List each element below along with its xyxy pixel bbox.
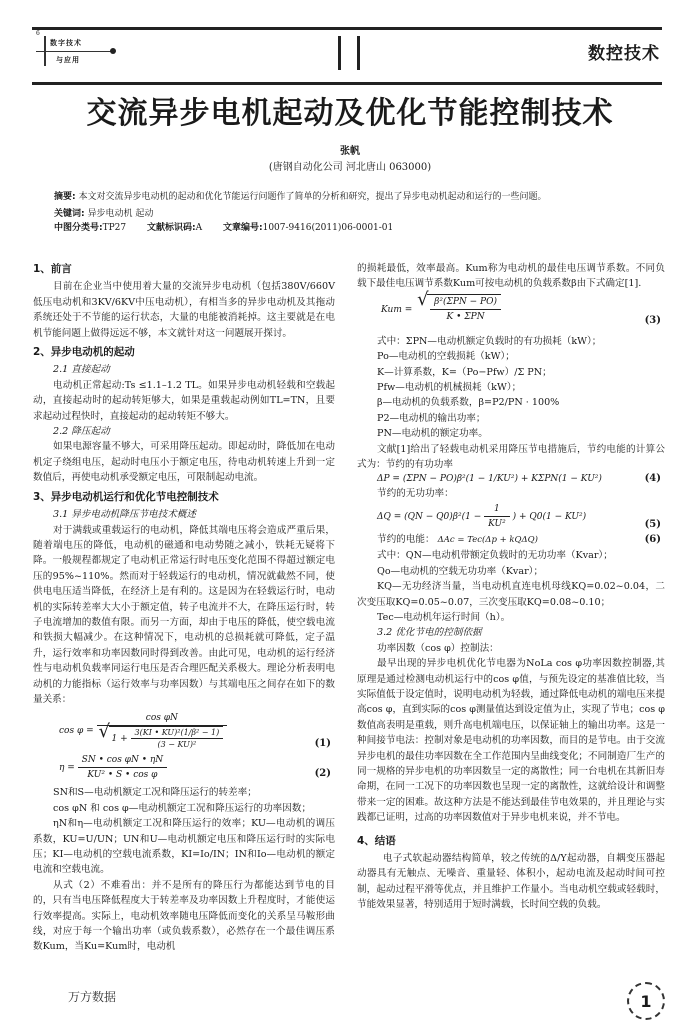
paragraph: 目前在企业当中使用着大量的交流异步电动机（包括380V/660V低压电动机和3K… (33, 279, 335, 341)
article-title: 交流异步电机起动及优化节能控制技术 (0, 88, 700, 132)
paragraph: 电动机正常起动:Ts ≤1.1–1.2 TL。如果异步电动机轻载和空载起动，直接… (33, 378, 335, 424)
definition: Tec—电动机年运行时间（h）。 (357, 610, 665, 625)
subsection-heading-3-2: 3.2 优化节电的控制依据 (357, 625, 665, 640)
definition: SN和S—电动机额定工况和降压运行的转差率； (33, 785, 335, 800)
journal-logo-line1: 数字技术 (50, 38, 82, 48)
eq1-number: (1) (315, 737, 331, 751)
subsection-heading-2-1: 2.1 直接起动 (33, 362, 335, 377)
definition: P2—电动机的输出功率； (357, 411, 665, 426)
paragraph: 从式（2）不难看出：并不是所有的降压行为都能达到节电的目的，只有当电压降低程度大… (33, 878, 335, 955)
definition: ηN和η—电动机额定工况和降压运行的效率；KU—电动机的调压系数，KU=U/UN… (33, 816, 335, 878)
journal-logo-line2: 与应用 (56, 55, 80, 65)
eq3-denominator: K • ΣPN (430, 310, 501, 324)
eq1-numerator: cos φN (97, 711, 228, 726)
author-name: 张帆 (0, 142, 700, 157)
paragraph: 对于满载或重载运行的电动机，降低其端电压将会造成严重后果，随着端电压的降低，电动… (33, 523, 335, 708)
subsection-subheading: 功率因数（cos φ）控制法： (357, 641, 665, 656)
definition: cos φN 和 cos φ—电动机额定工况和降压运行的功率因数； (33, 801, 335, 816)
article-no-value: 1007-9416(2011)06-0001-01 (263, 223, 394, 233)
author-affiliation: (唐钢自动化公司 河北唐山 063000) (0, 158, 700, 173)
clc-label: 中图分类号: (54, 223, 103, 233)
eq5-label: 节约的无功功率： (357, 486, 665, 501)
definition: Qo—电动机的空载无功功率（Kvar）； (357, 564, 665, 579)
eq2-denominator: KU² • S • cos φ (78, 768, 167, 782)
definition: PN—电动机的额定功率。 (357, 426, 665, 441)
left-column: 1、前言 目前在企业当中使用着大量的交流异步电动机（包括380V/660V低压电… (33, 258, 335, 955)
subsection-heading-2-2: 2.2 降压起动 (33, 424, 335, 439)
logo-horizontal-line (36, 51, 112, 52)
section-heading-3: 3、异步电动机运行和优化节电控制技术 (33, 490, 335, 505)
right-column: 的损耗最低，效率最高。Kum称为电动机的最佳电压调节系数。不同负载下最佳电压调节… (357, 261, 665, 913)
journal-header: 6 数字技术 与应用 数控技术 (32, 24, 662, 64)
eq1-fraction: cos φN 1 + 3(KI • KU)²(1/β² − 1) (3 − KU… (97, 711, 228, 750)
equation-6: 节约的电能： ΔAc = Tec(Δp + kQΔQ) (6) (357, 532, 665, 548)
clc-value: TP27 (103, 223, 127, 233)
equation-1: cos φ = cos φN 1 + 3(KI • KU)²(1/β² − 1)… (33, 711, 335, 753)
eq4-number: (4) (645, 472, 661, 486)
definition: Po—电动机的空载损耗（kW）； (357, 349, 665, 364)
eq1-lhs: cos φ = (59, 726, 94, 736)
definition: K—计算系数，K=（Po−Pfw）/Σ PN； (357, 365, 665, 380)
keywords-label: 关键词: (54, 209, 85, 219)
article-no-label: 文章编号: (223, 223, 263, 233)
watermark: 万方数据 (68, 988, 116, 1005)
definition: 式中：ΣPN—电动机额定负载时的有功损耗（kW）； (357, 334, 665, 349)
classification-line: 中图分类号:TP27 文献标识码:A 文章编号:1007-9416(2011)0… (54, 220, 654, 233)
logo-dot-icon (110, 48, 116, 54)
abstract-label: 摘要: (54, 192, 76, 202)
page-marker: 6 (36, 30, 40, 37)
equation-2: η = SN • cos φN • ηN KU² • S • cos φ (2) (33, 753, 335, 785)
equation-5: ΔQ = (QN − Q0)β²(1 − 1 KU² ) + Q0(1 − KU… (357, 502, 665, 532)
section-tag: 数控技术 (588, 39, 660, 64)
paragraph: 电子式软起动器结构简单，较之传统的Δ/Y起动器，自耦变压器起动器具有无触点、无噪… (357, 851, 665, 913)
section-heading-2: 2、异步电动机的起动 (33, 345, 335, 360)
keywords-text: 异步电动机 起动 (87, 209, 153, 219)
section-heading-4: 4、结语 (357, 834, 665, 849)
eq5-number: (5) (645, 518, 661, 532)
abstract: 摘要: 本文对交流异步电动机的起动和优化节能运行问题作了简单的分析和研究，提出了… (54, 189, 654, 202)
keywords: 关键词: 异步电动机 起动 (54, 206, 654, 219)
equation-3: Kum = β²(ΣPN − PO) K • ΣPN (3) (357, 294, 665, 334)
equation-4: ΔP = (ΣPN − PO)β²(1 − 1/KU²) + KΣPN(1 − … (357, 472, 665, 486)
paragraph: 文献[1]给出了轻载电动机采用降压节电措施后，节约电能的计算公式为：节约的有功功… (357, 442, 665, 473)
eq2-lhs: η = (59, 763, 75, 773)
eq6-number: (6) (645, 532, 661, 547)
abstract-text: 本文对交流异步电动机的起动和优化节能运行问题作了简单的分析和研究，提出了异步电动… (78, 192, 546, 202)
eq1-sqrt: 1 + 3(KI • KU)²(1/β² − 1) (3 − KU)² (109, 726, 224, 750)
eq2-numerator: SN • cos φN • ηN (78, 753, 167, 768)
definition: Pfw—电动机的机械损耗（kW）； (357, 380, 665, 395)
header-divider-bars-icon (336, 36, 366, 70)
subsection-heading-3-1: 3.1 异步电动机降压节电技术概述 (33, 507, 335, 522)
paragraph: 的损耗最低，效率最高。Kum称为电动机的最佳电压调节系数。不同负载下最佳电压调节… (357, 261, 665, 292)
section-heading-1: 1、前言 (33, 262, 335, 277)
paragraph: 如果电源容量不够大，可采用降压起动。即起动时，降低加在电动机定子绕组电压，起动时… (33, 439, 335, 485)
paragraph: 最早出现的异步电机优化节电器为NoLa cos φ功率因数控制器,其原理是通过检… (357, 656, 665, 825)
eq3-lhs: Kum = (381, 305, 412, 315)
eq2-number: (2) (315, 767, 331, 781)
page-number-badge: 1 (627, 982, 665, 1020)
header-top-rule (32, 27, 662, 30)
definition: β—电动机的负载系数，β=P2/PN · 100% (357, 395, 665, 410)
definition: KQ—无功经济当量，当电动机直连电机母线KQ=0.02~0.04，二次变压取KQ… (357, 579, 665, 610)
header-bottom-rule (32, 82, 662, 85)
definition: 式中：QN—电动机带额定负载时的无功功率（Kvar）； (357, 548, 665, 563)
eq3-number: (3) (645, 314, 661, 328)
page-number: 1 (640, 992, 651, 1011)
doc-code-label: 文献标识码: (147, 223, 196, 233)
doc-code-value: A (196, 223, 203, 233)
eq3-numerator: β²(ΣPN − PO) (430, 295, 501, 310)
journal-logo: 6 数字技术 与应用 (34, 34, 114, 70)
